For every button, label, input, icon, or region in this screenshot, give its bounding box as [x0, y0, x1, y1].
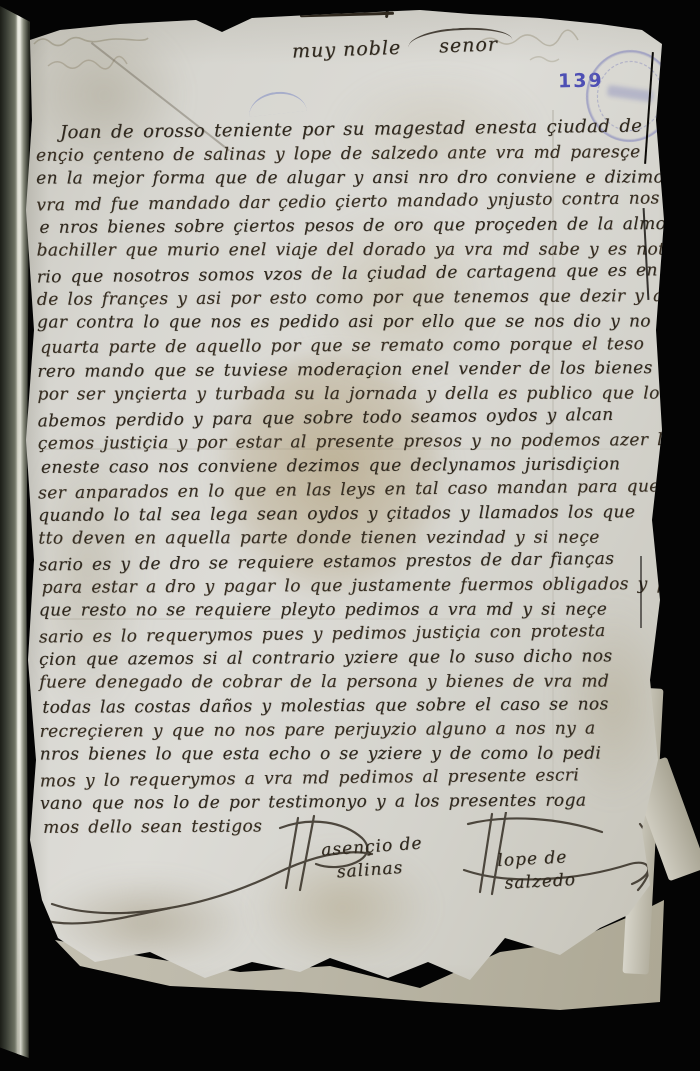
manuscript-line: fuere denegado de cobrar de la persona y…: [39, 669, 647, 694]
signature-name-line: salzedo: [498, 869, 577, 896]
manuscript-line: quarta parte de aquello por que se remat…: [40, 332, 648, 360]
manuscript-line: gar contra lo que nos es pedido asi por …: [37, 309, 645, 334]
manuscript-body-text: Joan de orosso teniente por su magestad …: [36, 116, 648, 840]
manuscript-photograph: muy noble senor 139 Joan de orosso tenie…: [0, 0, 700, 1071]
manuscript-line: recreçieren y que no nos pare perjuyzio …: [39, 716, 647, 744]
salutation: muy noble senor: [292, 33, 499, 62]
paper-crack: [640, 556, 642, 628]
invocation-stroke: [300, 12, 394, 17]
salutation-word-1: muy noble: [292, 37, 402, 63]
faint-blue-pencil-arc: [247, 89, 307, 117]
manuscript-line: para estar a dro y pagar lo que justamen…: [42, 572, 650, 600]
manuscript-line: rero mando que se tuviese moderaçion ene…: [37, 356, 645, 384]
signature-salzedo: lope de salzedo: [497, 846, 577, 896]
salutation-word-2: senor: [439, 33, 498, 57]
gutter-highlight: [17, 6, 20, 1058]
signature-salinas: asençio de salinas: [321, 833, 425, 886]
manuscript-line: todas las costas daños y molestias que s…: [42, 692, 650, 720]
manuscript-line: e nros bienes sobre çiertos pesos de oro…: [39, 212, 647, 240]
invocation-cross-tick: [385, 3, 390, 18]
book-gutter-edge: [0, 6, 30, 1058]
manuscript-page: muy noble senor 139 Joan de orosso tenie…: [0, 0, 700, 1071]
faded-marginalia-top-left: [30, 30, 220, 94]
